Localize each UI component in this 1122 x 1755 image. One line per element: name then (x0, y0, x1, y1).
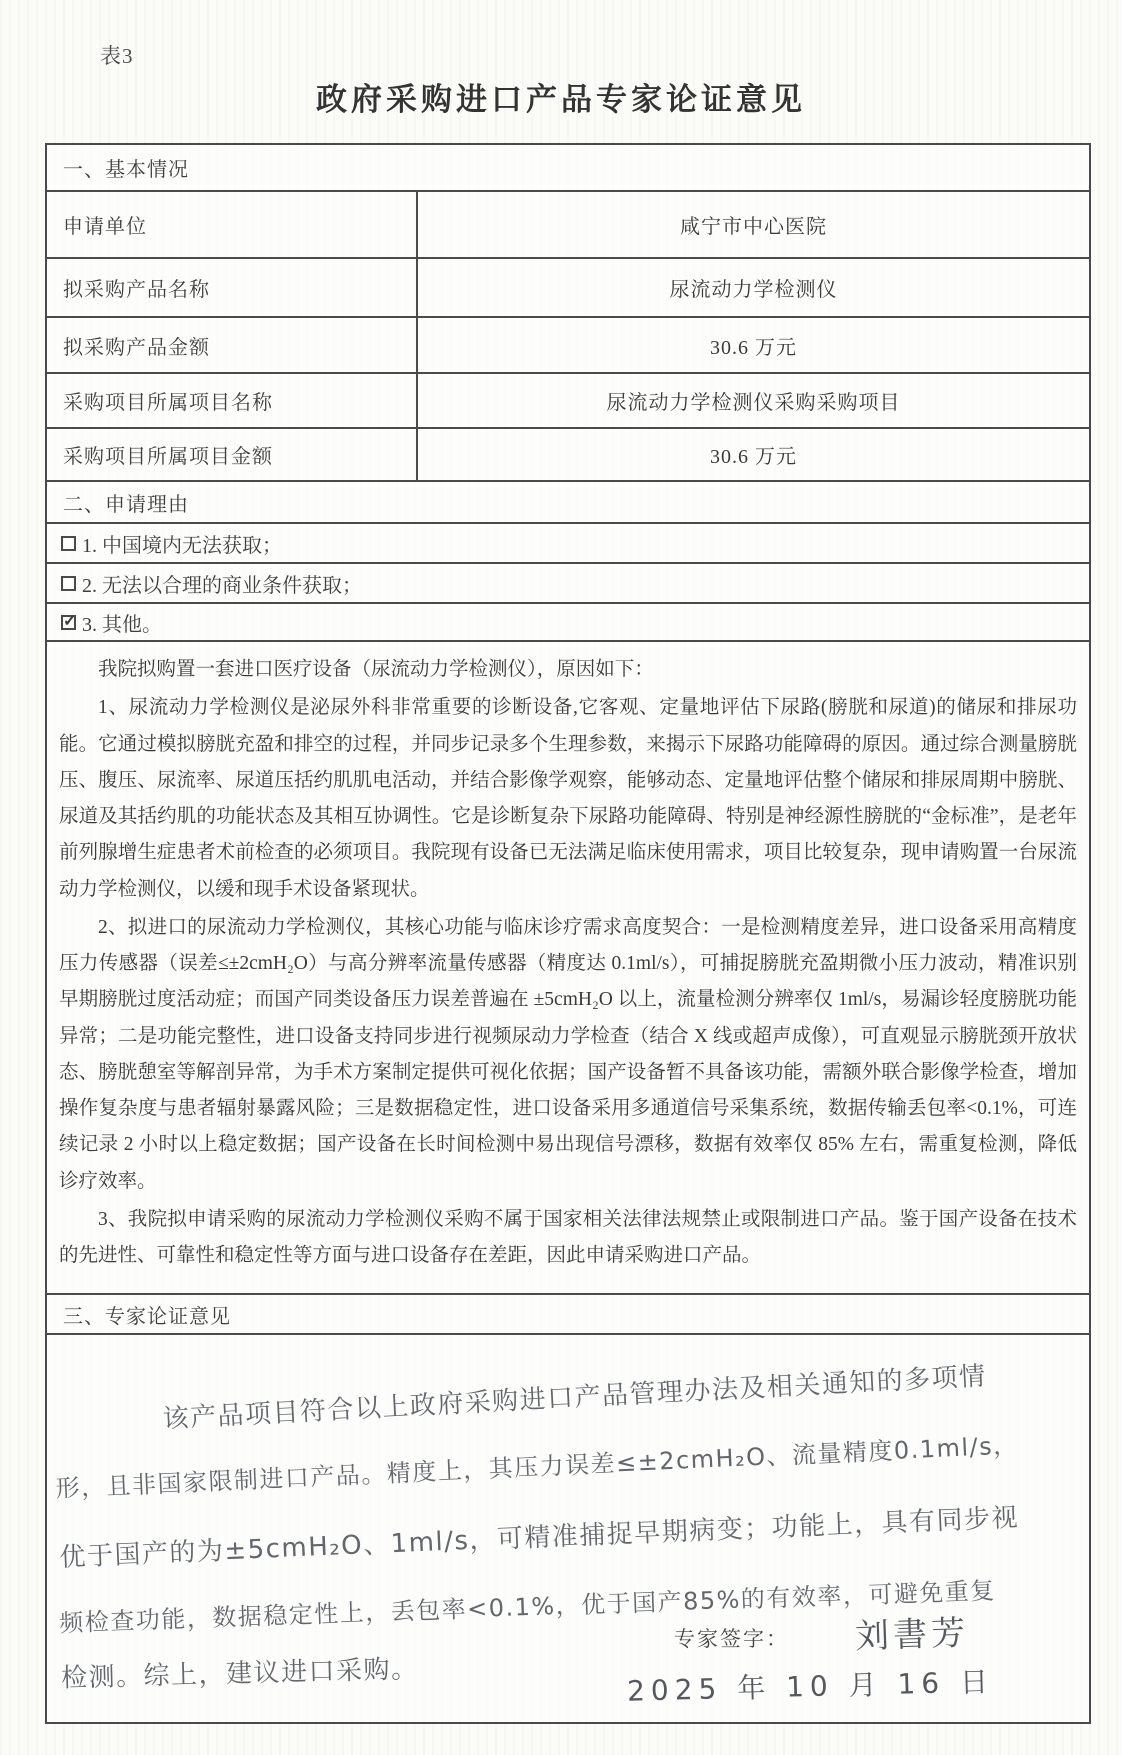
section2-header: 二、申请理由 (47, 482, 1089, 524)
checkbox-unchecked-icon (61, 536, 76, 551)
field-value-project-amount: 30.6 万元 (418, 440, 1089, 469)
reason-option-2: 2. 无法以合理的商业条件获取； (47, 564, 1089, 604)
section3-header: 三、专家论证意见 (47, 1295, 1089, 1335)
table-row: 申请单位 咸宁市中心医院 (47, 192, 1089, 259)
reason-detail-cell: 我院拟购置一套进口医疗设备（尿流动力学检测仪），原因如下： 1、尿流动力学检测仪… (47, 642, 1089, 1295)
sheet-number-label: 表3 (100, 40, 134, 70)
expert-signature-handwriting: 刘書芳 (854, 1605, 970, 1658)
handwritten-opinion-line: 该产品项目符合以上政府采购进口产品管理办法及相关通知的多项情 (162, 1355, 988, 1435)
field-value-applicant: 咸宁市中心医院 (418, 210, 1089, 239)
field-label-project-name: 采购项目所属项目名称 (47, 374, 418, 427)
field-value-product-amount: 30.6 万元 (418, 331, 1089, 360)
table-row: 采购项目所属项目名称 尿流动力学检测仪采购采购项目 (47, 374, 1089, 429)
reason-paragraph-intro: 我院拟购置一套进口医疗设备（尿流动力学检测仪），原因如下： (59, 652, 1077, 688)
table-row: 采购项目所属项目金额 30.6 万元 (47, 429, 1089, 482)
signature-date-handwriting: 2025 年 10 月 16 日 (627, 1660, 995, 1710)
table-row: 拟采购产品名称 尿流动力学检测仪 (47, 259, 1089, 318)
reason-paragraph-2: 2、拟进口的尿流动力学检测仪，其核心功能与临床诊疗需求高度契合：一是检测精度差异… (59, 910, 1077, 1200)
reason-option-1: 1. 中国境内无法获取； (47, 524, 1089, 564)
reason-option-3: 3. 其他。 (47, 604, 1089, 642)
reason-option-3-label: 3. 其他。 (82, 608, 162, 637)
field-label-product-amount: 拟采购产品金额 (47, 318, 418, 372)
expert-signature-label: 专家签字： (674, 1623, 789, 1653)
field-label-product-name: 拟采购产品名称 (47, 259, 418, 316)
document-title: 政府采购进口产品专家论证意见 (0, 74, 1122, 119)
handwritten-opinion-line: 检测。综上，建议进口采购。 (61, 1648, 419, 1694)
handwritten-opinion-line: 优于国产的为±5cmH₂O、1ml/s，可精准捕捉早期病变；功能上，具有同步视 (59, 1497, 1020, 1574)
form-table: 一、基本情况 申请单位 咸宁市中心医院 拟采购产品名称 尿流动力学检测仪 拟采购… (45, 143, 1091, 1724)
field-label-applicant: 申请单位 (47, 192, 418, 257)
checkbox-checked-icon (61, 615, 76, 630)
reason-paragraph-3: 3、我院拟申请采购的尿流动力学检测仪采购不属于国家相关法律法规禁止或限制进口产品… (59, 1202, 1077, 1275)
table-row: 拟采购产品金额 30.6 万元 (47, 318, 1089, 374)
expert-opinion-cell: 该产品项目符合以上政府采购进口产品管理办法及相关通知的多项情 形，且非国家限制进… (47, 1335, 1089, 1722)
checkbox-unchecked-icon (61, 576, 76, 591)
field-label-project-amount: 采购项目所属项目金额 (47, 429, 418, 480)
field-value-project-name: 尿流动力学检测仪采购采购项目 (418, 386, 1089, 415)
handwritten-opinion-line: 形，且非国家限制进口产品。精度上，其压力误差≤±2cmH₂O、流量精度0.1ml… (55, 1425, 1020, 1504)
reason-option-2-label: 2. 无法以合理的商业条件获取； (82, 569, 362, 598)
field-value-product-name: 尿流动力学检测仪 (418, 273, 1089, 302)
section1-header: 一、基本情况 (47, 145, 1089, 192)
reason-paragraph-1: 1、尿流动力学检测仪是泌尿外科非常重要的诊断设备,它客观、定量地评估下尿路(膀胱… (59, 690, 1077, 908)
reason-option-1-label: 1. 中国境内无法获取； (82, 529, 282, 558)
